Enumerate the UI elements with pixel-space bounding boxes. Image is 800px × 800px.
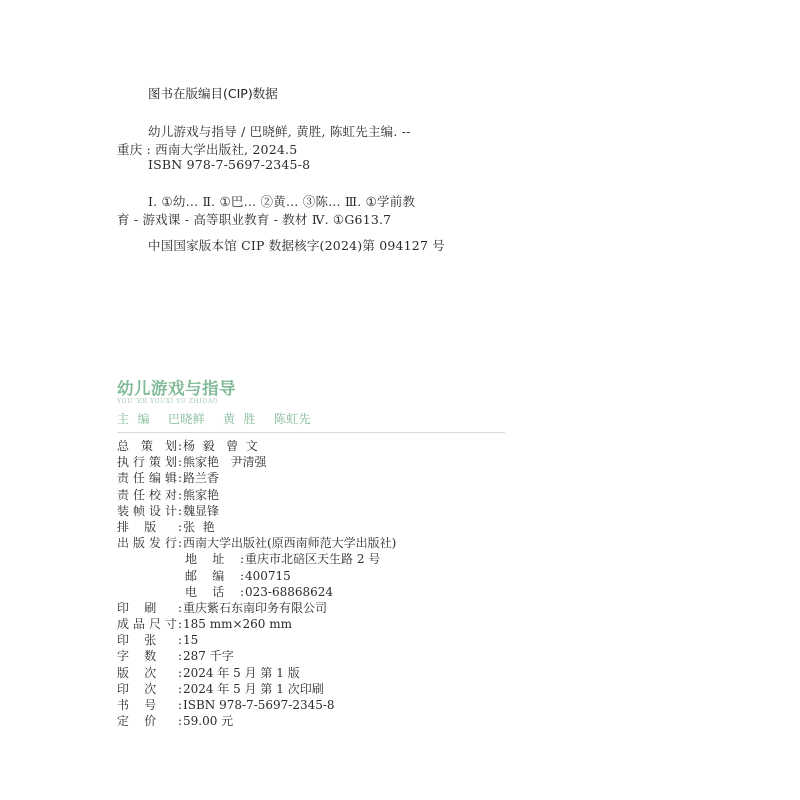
chief-editors: 主 编 巴晓鲜 黄 胜 陈虹先 xyxy=(117,410,325,427)
credit-row: 字 数:287 千字 xyxy=(117,648,396,664)
credit-label: 地 址 xyxy=(185,551,239,567)
credit-label: 印 次 xyxy=(117,681,177,697)
credit-value: 023-68868624 xyxy=(245,584,333,600)
credit-value: 2024 年 5 月 第 1 版 xyxy=(183,665,300,681)
credit-row: 印 次:2024 年 5 月 第 1 次印刷 xyxy=(117,681,396,697)
credit-row: 排 版:张 艳 xyxy=(117,519,396,535)
credit-label: 装帧设计 xyxy=(117,503,177,519)
credit-row: 书 号:ISBN 978-7-5697-2345-8 xyxy=(117,697,396,713)
credit-label: 执行策划 xyxy=(117,454,177,470)
credit-row: 定 价:59.00 元 xyxy=(117,713,396,729)
credit-row: 印 刷:重庆紫石东南印务有限公司 xyxy=(117,600,396,616)
credit-row: 版 次:2024 年 5 月 第 1 版 xyxy=(117,665,396,681)
credit-value: 400715 xyxy=(245,568,291,584)
credit-value: 杨 毅 曾 文 xyxy=(183,438,258,454)
credit-label: 责任校对 xyxy=(117,487,177,503)
editor-name: 巴晓鲜 xyxy=(168,412,205,426)
cip-heading: 图书在版编目(CIP)数据 xyxy=(148,84,278,102)
credit-value: 西南大学出版社(原西南师范大学出版社) xyxy=(183,535,396,551)
credit-value: 熊家艳 xyxy=(183,487,219,503)
credit-label: 出版发行 xyxy=(117,535,177,551)
credit-value: 59.00 元 xyxy=(183,713,233,729)
credit-row: 印 张:15 xyxy=(117,632,396,648)
credit-value: 路兰香 xyxy=(183,470,219,486)
credit-value: 魏显锋 xyxy=(183,503,219,519)
cip-record-number: 中国国家版本馆 CIP 数据核字(2024)第 094127 号 xyxy=(148,236,445,254)
editor-name: 陈虹先 xyxy=(274,412,311,426)
credit-row: 责任校对:熊家艳 xyxy=(117,487,396,503)
credit-label: 排 版 xyxy=(117,519,177,535)
credit-label: 定 价 xyxy=(117,713,177,729)
editor-name: 黄 胜 xyxy=(223,412,256,426)
credit-label: 书 号 xyxy=(117,697,177,713)
credit-label: 电 话 xyxy=(185,584,239,600)
credit-label: 印 张 xyxy=(117,632,177,648)
book-title-pinyin: YOU 'ER YOUXI YU ZHIDAO xyxy=(117,398,218,405)
credit-row: 出版发行:西南大学出版社(原西南师范大学出版社) xyxy=(117,535,396,551)
credit-value: 熊家艳 尹清强 xyxy=(183,454,266,470)
cip-title-line: 幼儿游戏与指导 / 巴晓鲜, 黄胜, 陈虹先主编. -- xyxy=(148,122,411,140)
credit-value: 2024 年 5 月 第 1 次印刷 xyxy=(183,681,324,697)
credit-value: 重庆紫石东南印务有限公司 xyxy=(183,600,327,616)
credit-row: 邮 编:400715 xyxy=(117,568,396,584)
credit-row: 地 址:重庆市北碚区天生路 2 号 xyxy=(117,551,396,567)
credit-row: 总 策 划:杨 毅 曾 文 xyxy=(117,438,396,454)
credit-row: 成品尺寸:185 mm×260 mm xyxy=(117,616,396,632)
divider xyxy=(117,432,505,433)
credit-value: 15 xyxy=(183,632,198,648)
book-title: 幼儿游戏与指导 xyxy=(117,375,236,399)
cip-publisher-line: 重庆 : 西南大学出版社, 2024.5 xyxy=(117,140,297,158)
credit-row: 责任编辑:路兰香 xyxy=(117,470,396,486)
credit-label: 成品尺寸 xyxy=(117,616,177,632)
credit-label: 印 刷 xyxy=(117,600,177,616)
credit-row: 装帧设计:魏显锋 xyxy=(117,503,396,519)
cip-subject-line-1: Ⅰ. ①幼… Ⅱ. ①巴… ②黄… ③陈… Ⅲ. ①学前教 xyxy=(148,192,415,210)
credit-label: 责任编辑 xyxy=(117,470,177,486)
credit-label: 字 数 xyxy=(117,648,177,664)
credit-row: 电 话:023-68868624 xyxy=(117,584,396,600)
credit-row: 执行策划:熊家艳 尹清强 xyxy=(117,454,396,470)
editor-label: 主 编 xyxy=(117,412,150,426)
credit-value: 张 艳 xyxy=(183,519,215,535)
credit-value: 287 千字 xyxy=(183,648,234,664)
credit-value: 185 mm×260 mm xyxy=(183,616,292,632)
credits-list: 总 策 划:杨 毅 曾 文 执行策划:熊家艳 尹清强 责任编辑:路兰香 责任校对… xyxy=(117,438,396,729)
credit-label: 总 策 划 xyxy=(117,438,177,454)
credit-label: 邮 编 xyxy=(185,568,239,584)
cip-subject-line-2: 育 - 游戏课 - 高等职业教育 - 教材 Ⅳ. ①G613.7 xyxy=(117,210,391,228)
credit-value: 重庆市北碚区天生路 2 号 xyxy=(245,551,380,567)
cip-isbn-line: ISBN 978-7-5697-2345-8 xyxy=(148,157,310,172)
credit-label: 版 次 xyxy=(117,665,177,681)
credit-value: ISBN 978-7-5697-2345-8 xyxy=(183,697,335,713)
